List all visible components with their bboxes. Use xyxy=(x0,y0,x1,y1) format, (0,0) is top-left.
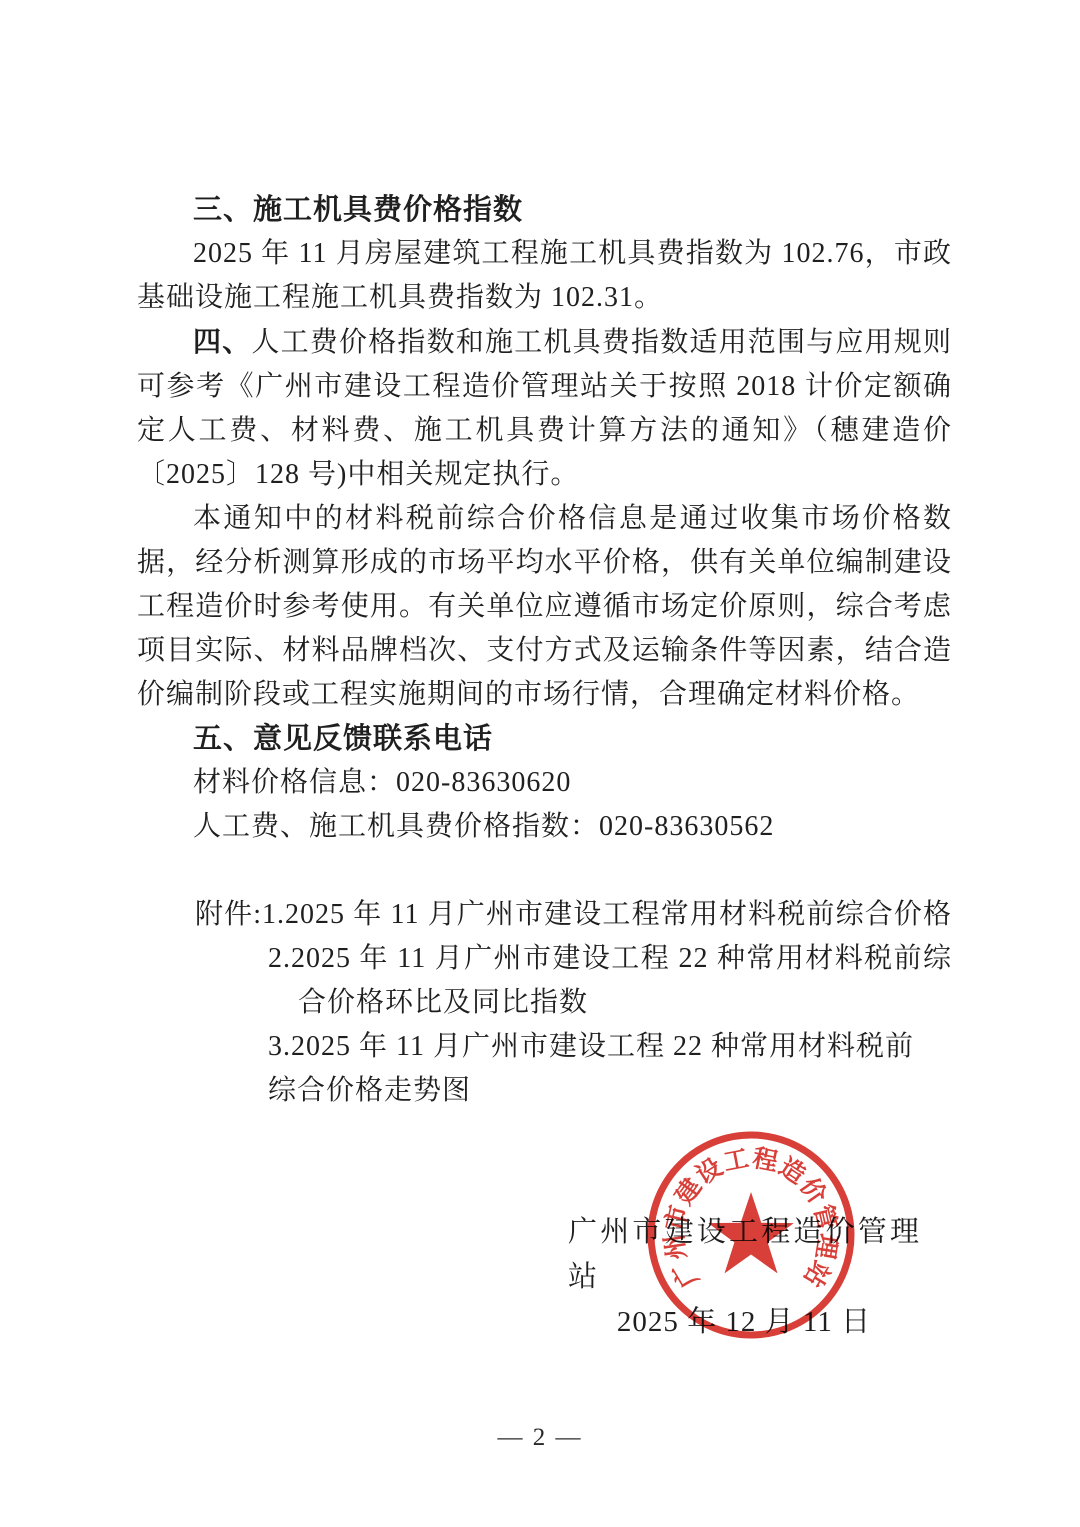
phone-line-material: 材料价格信息：020-83630620 xyxy=(137,761,952,805)
section-4-title-text: 人工费价格指数和施工机具费指数适用范围与应用规则 xyxy=(251,327,952,358)
section-4-first-line: 四、人工费价格指数和施工机具费指数适用范围与应用规则 xyxy=(137,320,952,365)
paragraph-line: 基础设施工程施工机具费指数为 102.31。 xyxy=(137,276,952,320)
section-4-number: 四、 xyxy=(193,326,251,357)
section-5-heading: 五、意见反馈联系电话 xyxy=(137,717,952,761)
paragraph-line: 项目实际、材料品牌档次、支付方式及运输条件等因素，结合造 xyxy=(137,629,952,673)
paragraph-line: 可参考《广州市建设工程造价管理站关于按照 2018 计价定额确 xyxy=(137,365,952,409)
phone-line-labor-machinery: 人工费、施工机具费价格指数：020-83630562 xyxy=(137,805,952,849)
paragraph-line: 2025 年 11 月房屋建筑工程施工机具费指数为 102.76，市政 xyxy=(137,232,952,276)
section-3-heading: 三、施工机具费价格指数 xyxy=(137,188,952,232)
paragraph-line: 据，经分析测算形成的市场平均水平价格，供有关单位编制建设 xyxy=(137,541,952,585)
attachment-line-1: 附件:1.2025 年 11 月广州市建设工程常用材料税前综合价格 xyxy=(195,893,952,937)
page-number: — 2 — xyxy=(0,1424,1080,1452)
red-star-icon xyxy=(708,1192,794,1273)
attachment-line-2: 2.2025 年 11 月广州市建设工程 22 种常用材料税前综 xyxy=(268,937,952,981)
paragraph-line: 本通知中的材料税前综合价格信息是通过收集市场价格数 xyxy=(137,497,952,541)
paragraph-line: 价编制阶段或工程实施期间的市场行情，合理确定材料价格。 xyxy=(137,673,952,717)
document-body: 三、施工机具费价格指数 2025 年 11 月房屋建筑工程施工机具费指数为 10… xyxy=(137,188,952,1113)
paragraph-line: 定人工费、材料费、施工机具费计算方法的通知》（穗建造价 xyxy=(137,409,952,453)
paragraph-line: 工程造价时参考使用。有关单位应遵循市场定价原则，综合考虑 xyxy=(137,585,952,629)
document-page: 三、施工机具费价格指数 2025 年 11 月房屋建筑工程施工机具费指数为 10… xyxy=(0,0,1080,1527)
official-stamp: 广州市建设工程造价管理站 xyxy=(646,1130,856,1340)
attachment-line-3: 3.2025 年 11 月广州市建设工程 22 种常用材料税前 xyxy=(268,1025,952,1069)
paragraph-line: 〔2025〕128 号)中相关规定执行。 xyxy=(137,453,952,497)
blank-line xyxy=(137,849,952,893)
attachment-line-3-cont: 综合价格走势图 xyxy=(268,1069,952,1113)
attachment-line-2-cont: 合价格环比及同比指数 xyxy=(298,981,952,1025)
